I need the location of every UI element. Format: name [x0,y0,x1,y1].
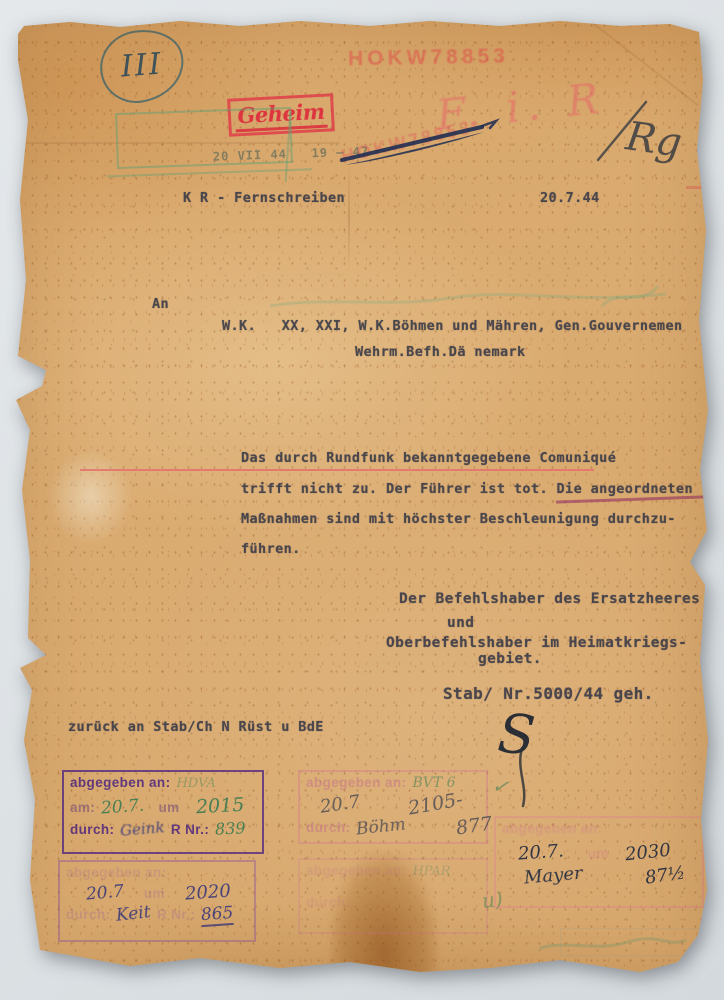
document-wrapper: III HOKW78853 Geheim 20 VII 44 19 — 47 H… [0,0,724,1000]
paper-vignette [0,0,724,1000]
photo-background: III HOKW78853 Geheim 20 VII 44 19 — 47 H… [0,0,724,1000]
document-paper: III HOKW78853 Geheim 20 VII 44 19 — 47 H… [0,0,724,1000]
